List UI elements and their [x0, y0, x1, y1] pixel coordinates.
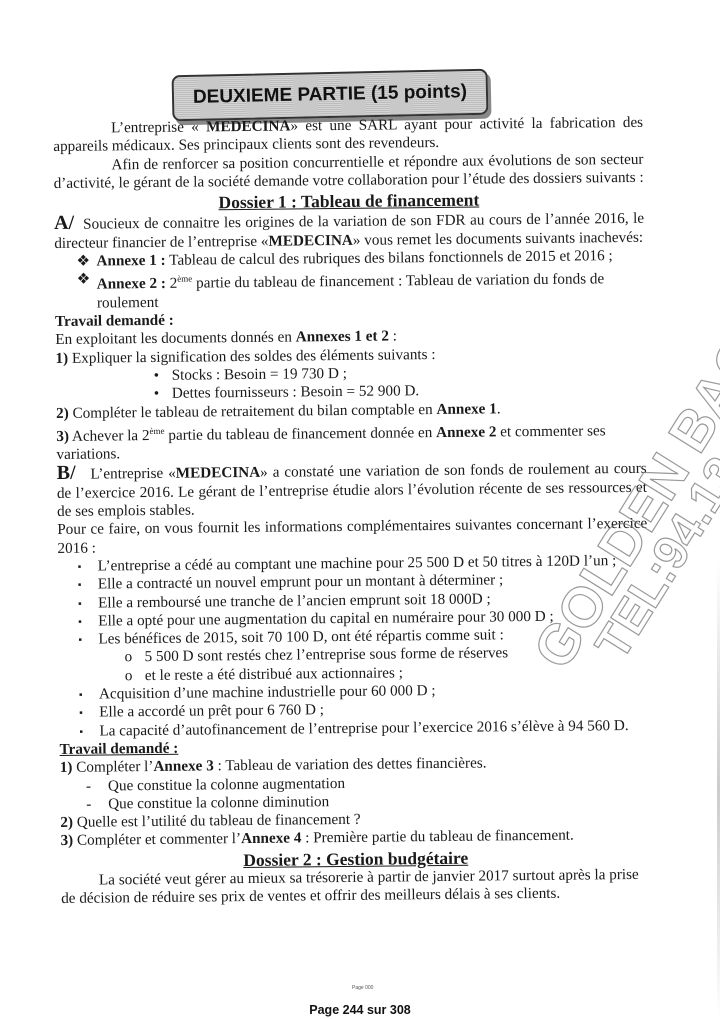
diamond-bullet-icon: ❖: [77, 271, 91, 289]
document-page: DEUXIEME PARTIE (15 points) L’entreprise…: [0, 0, 720, 1019]
annex-item-2: ❖Annexe 2 : 2ème partie du tableau de fi…: [55, 265, 645, 313]
dash-bullet-icon: -: [86, 777, 91, 795]
dash-bullet-icon: -: [86, 795, 91, 813]
square-bullet-icon: ▪: [78, 632, 82, 650]
square-bullet-icon: ▪: [79, 687, 83, 705]
dot-bullet-icon: •: [154, 385, 160, 403]
dossier2-paragraph: La société veut gérer au mieux sa trésor…: [61, 866, 651, 909]
part-a-paragraph: A/ Soucieux de connaitre les origines de…: [54, 208, 644, 253]
square-bullet-icon: ▪: [78, 577, 82, 595]
page-number: Page 244 sur 308: [0, 1003, 720, 1017]
part-a-label: A/: [54, 212, 74, 234]
diamond-bullet-icon: ❖: [76, 253, 90, 271]
tiny-page-label: Page 000: [352, 985, 373, 991]
column-question-list: -Que constitue la colonne augmentation -…: [60, 771, 650, 814]
document-body: L’entreprise « MEDECINA» est une SARL ay…: [53, 114, 651, 909]
square-bullet-icon: ▪: [78, 559, 82, 577]
intro-paragraph-1: L’entreprise « MEDECINA» est une SARL ay…: [53, 114, 643, 157]
part-b-label: B/: [57, 462, 76, 484]
dot-bullet-icon: •: [154, 367, 160, 385]
circle-bullet-icon: o: [125, 649, 133, 667]
balance-list: •Stocks : Besoin = 19 730 D ; •Dettes fo…: [56, 362, 646, 405]
intro-paragraph-2: Afin de renforcer sa position concurrent…: [53, 150, 643, 193]
part-b-info-intro: Pour ce faire, on vous fournit les infor…: [57, 515, 647, 558]
info-list-continued: ▪ Acquisition d’une machine industrielle…: [59, 680, 650, 741]
part-a-question-3: 3) Achever la 2ème partie du tableau de …: [56, 417, 646, 465]
square-bullet-icon: ▪: [78, 614, 82, 632]
annex-list: ❖Annexe 1 : Tableau de calcul des rubriq…: [54, 247, 645, 313]
square-bullet-icon: ▪: [79, 705, 83, 723]
section-title: DEUXIEME PARTIE (15 points): [193, 81, 468, 109]
part-b-paragraph: B/ L’entreprise «MEDECINA» a constaté un…: [57, 458, 648, 521]
circle-bullet-icon: o: [125, 667, 133, 685]
section-title-box: DEUXIEME PARTIE (15 points): [172, 69, 489, 122]
square-bullet-icon: ▪: [79, 723, 83, 741]
square-bullet-icon: ▪: [78, 595, 82, 613]
